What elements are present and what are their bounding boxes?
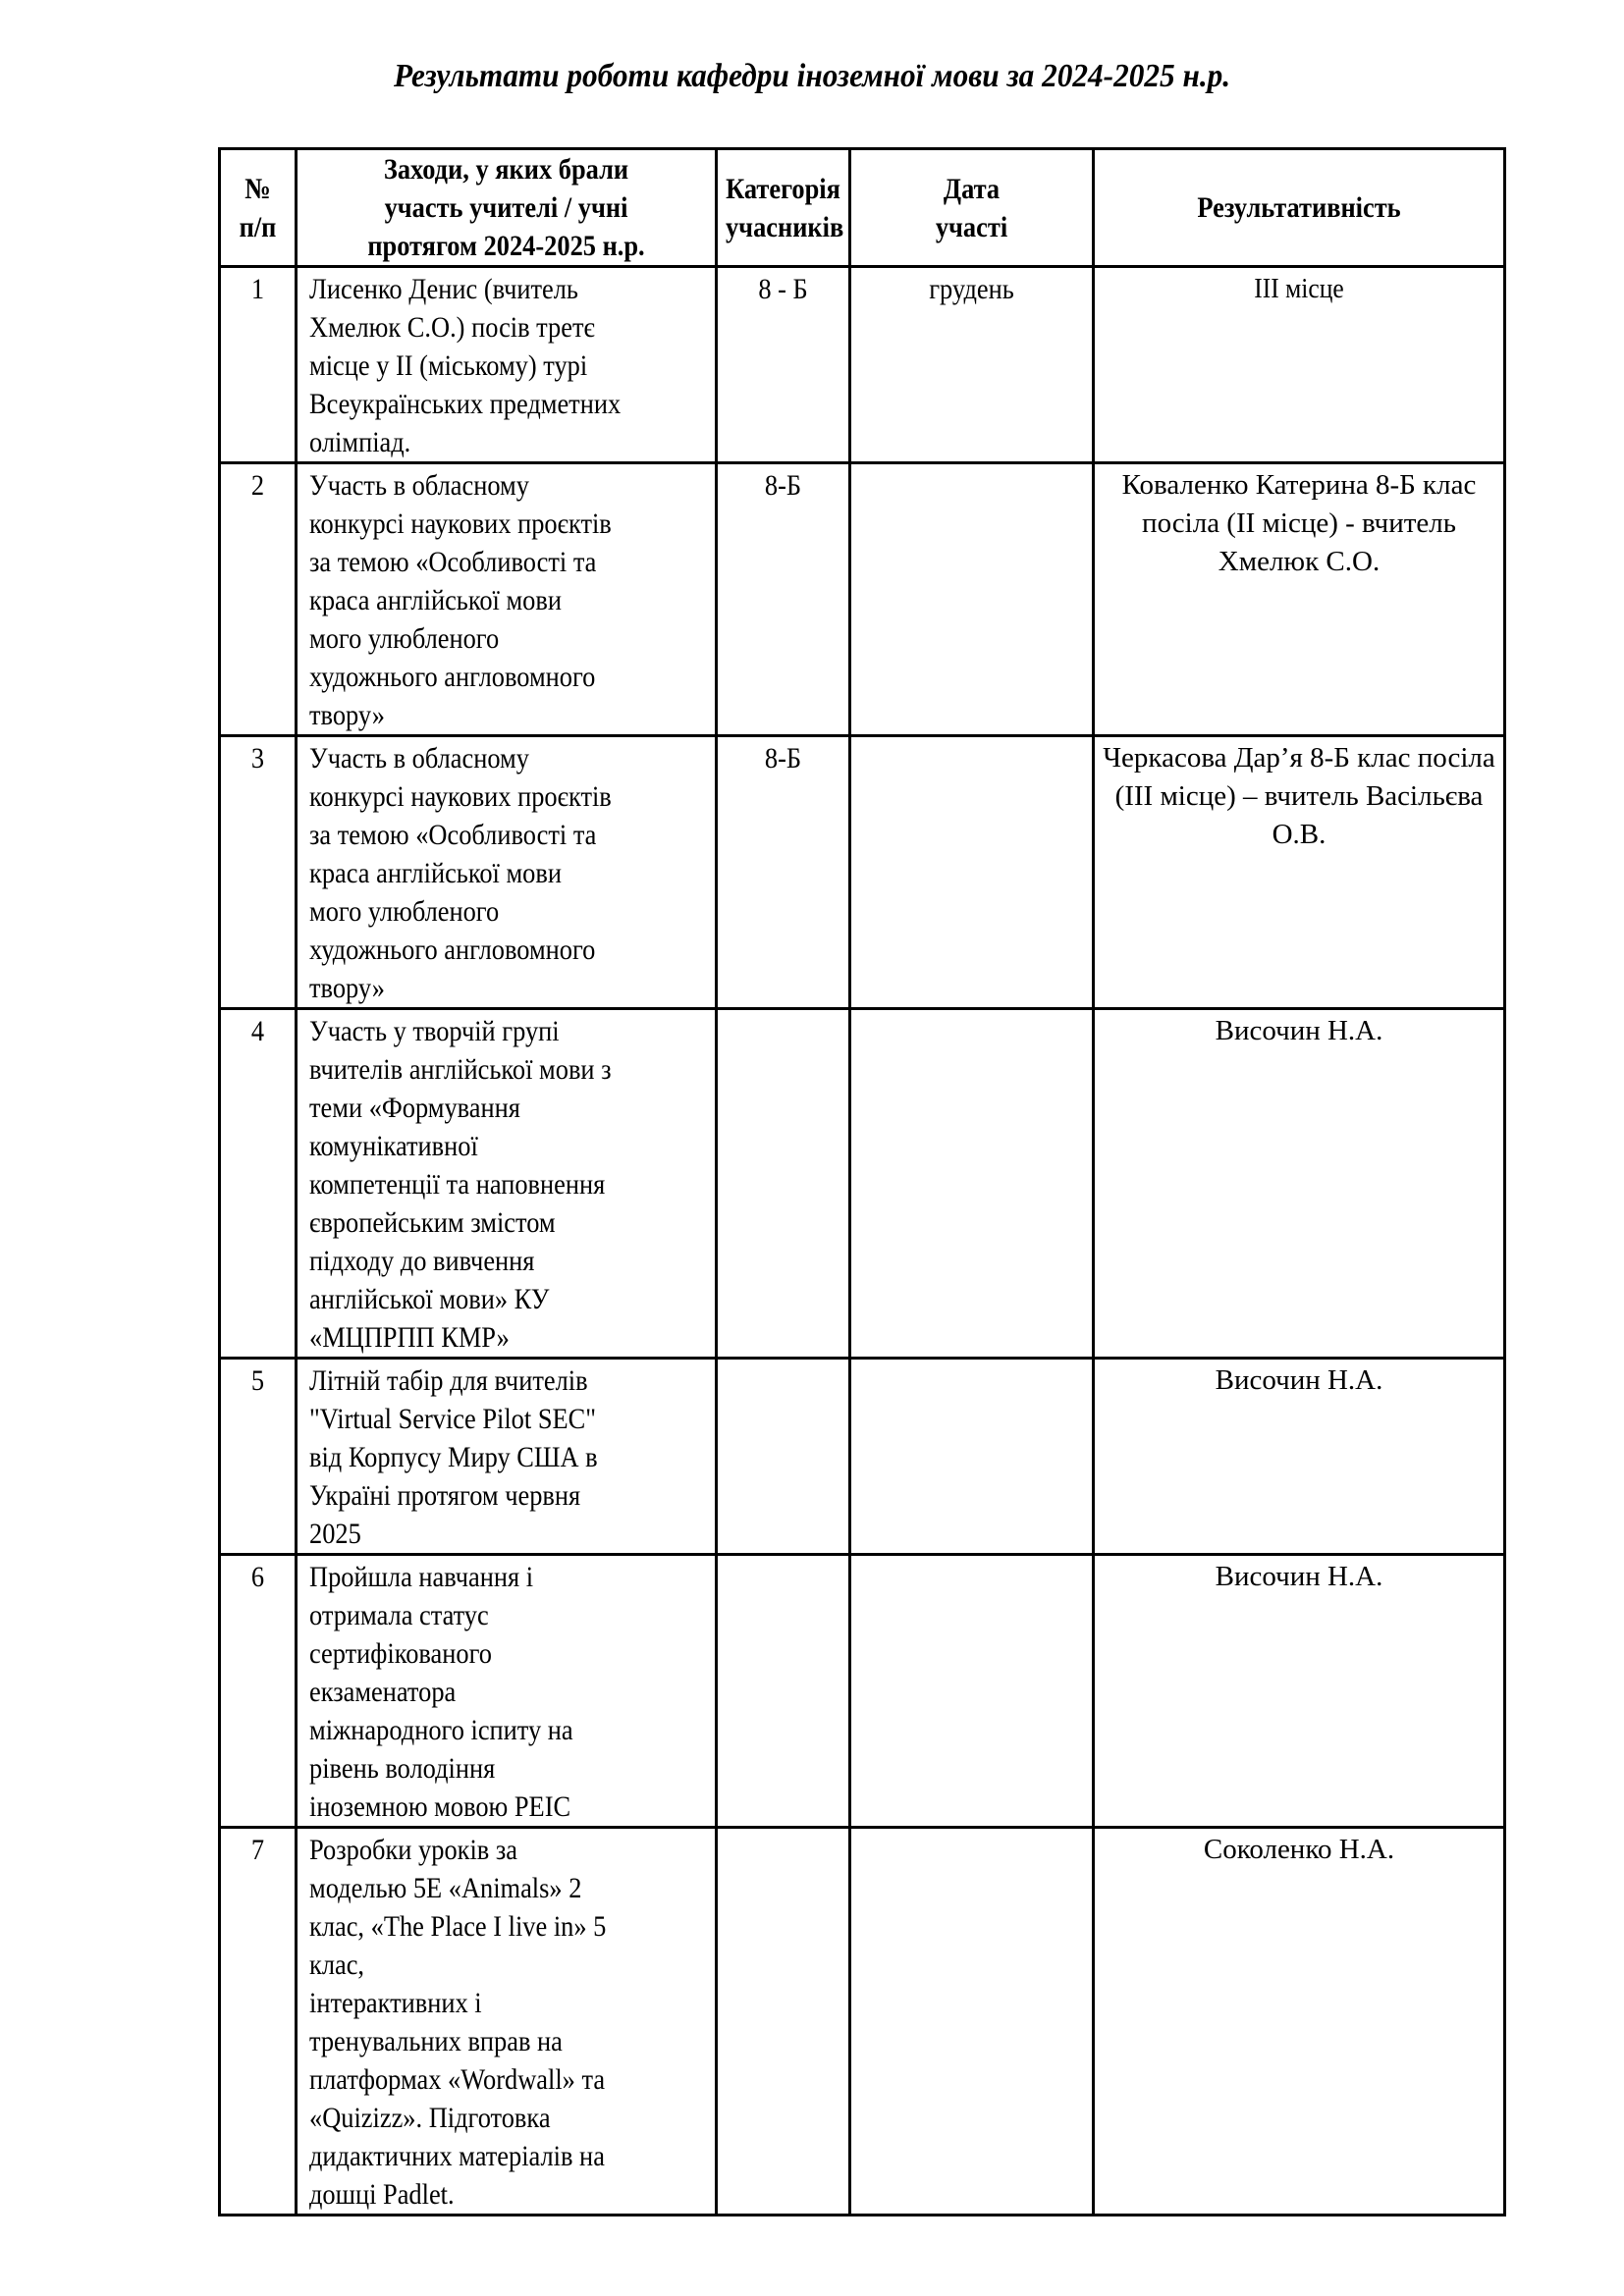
row-category — [717, 1828, 850, 2216]
row-number: 6 — [220, 1555, 297, 1828]
row-date — [850, 1359, 1094, 1555]
row-event: Участь в обласному конкурсі наукових про… — [297, 463, 717, 736]
row-date: грудень — [850, 267, 1094, 463]
row-category: 8 - Б — [717, 267, 850, 463]
header-event: Заходи, у яких брали участь учителі / уч… — [297, 149, 717, 267]
row-number: 2 — [220, 463, 297, 736]
row-number: 3 — [220, 736, 297, 1009]
row-category — [717, 1009, 850, 1359]
row-category — [717, 1555, 850, 1828]
table-header-row: № п/п Заходи, у яких брали участь учител… — [220, 149, 1505, 267]
header-category: Категорія учасників — [717, 149, 850, 267]
table-row: 7 Розробки уроків за моделью 5Е «Animals… — [220, 1828, 1505, 2216]
row-event: Розробки уроків за моделью 5Е «Animals» … — [297, 1828, 717, 2216]
row-result: Височин Н.А. — [1094, 1359, 1505, 1555]
row-category: 8-Б — [717, 463, 850, 736]
results-table: № п/п Заходи, у яких брали участь учител… — [218, 147, 1506, 2216]
row-result: Черкасова Дар’я 8-Б клас посіла (ІІІ міс… — [1094, 736, 1505, 1009]
table-row: 3 Участь в обласному конкурсі наукових п… — [220, 736, 1505, 1009]
row-number: 1 — [220, 267, 297, 463]
row-result: Соколенко Н.А. — [1094, 1828, 1505, 2216]
row-number: 5 — [220, 1359, 297, 1555]
row-date — [850, 1009, 1094, 1359]
header-num: № п/п — [220, 149, 297, 267]
table-row: 4 Участь у творчій групі вчителів англій… — [220, 1009, 1505, 1359]
row-result: Коваленко Катерина 8-Б клас посіла (ІІ м… — [1094, 463, 1505, 736]
row-event: Участь у творчій групі вчителів англійсь… — [297, 1009, 717, 1359]
row-date — [850, 463, 1094, 736]
table-row: 6 Пройшла навчання і отримала статус сер… — [220, 1555, 1505, 1828]
row-event: Лисенко Денис (вчитель Хмелюк С.О.) посі… — [297, 267, 717, 463]
row-date — [850, 736, 1094, 1009]
row-result: Височин Н.А. — [1094, 1555, 1505, 1828]
table-row: 5 Літній табір для вчителів "Virtual Ser… — [220, 1359, 1505, 1555]
table-row: 1 Лисенко Денис (вчитель Хмелюк С.О.) по… — [220, 267, 1505, 463]
header-date: Дата участі — [850, 149, 1094, 267]
row-date — [850, 1828, 1094, 2216]
row-event: Пройшла навчання і отримала статус серти… — [297, 1555, 717, 1828]
document-title: Результати роботи кафедри іноземної мови… — [0, 57, 1624, 96]
header-result: Результативність — [1094, 149, 1505, 267]
row-event: Літній табір для вчителів "Virtual Servi… — [297, 1359, 717, 1555]
row-number: 7 — [220, 1828, 297, 2216]
row-event: Участь в обласному конкурсі наукових про… — [297, 736, 717, 1009]
document-title-text: Результати роботи кафедри іноземної мови… — [394, 57, 1230, 96]
row-category — [717, 1359, 850, 1555]
row-result: Височин Н.А. — [1094, 1009, 1505, 1359]
row-number: 4 — [220, 1009, 297, 1359]
table-row: 2 Участь в обласному конкурсі наукових п… — [220, 463, 1505, 736]
row-date — [850, 1555, 1094, 1828]
row-result: ІІІ місце — [1094, 267, 1505, 463]
row-category: 8-Б — [717, 736, 850, 1009]
